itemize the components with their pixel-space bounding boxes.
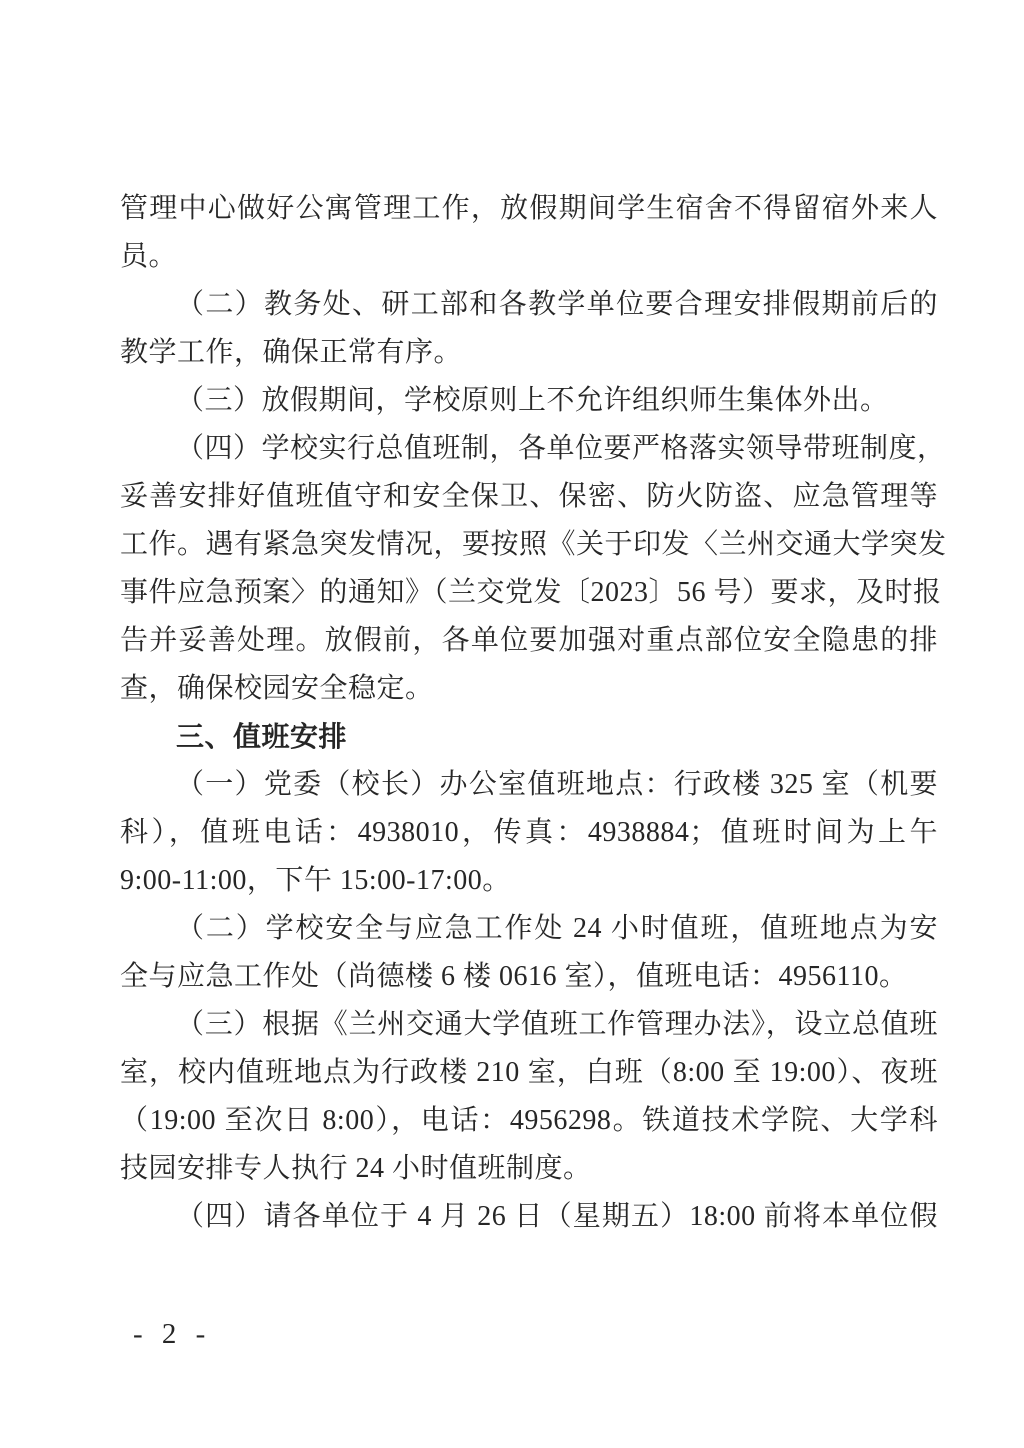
text-line: （四）请各单位于 4 月 26 日（星期五）18:00 前将本单位假 [120,1193,938,1241]
section-heading: 三、值班安排 [120,713,938,761]
text-line: 事件应急预案〉的通知》（兰交党发〔2023〕56 号）要求，及时报 [120,569,938,617]
text-line: （三）放假期间，学校原则上不允许组织师生集体外出。 [120,377,938,425]
page-number: - 2 - [133,1318,211,1351]
text-line: （二）学校安全与应急工作处 24 小时值班，值班地点为安 [120,905,938,953]
text-line: （一）党委（校长）办公室值班地点：行政楼 325 室（机要 [120,761,938,809]
text-line: 管理中心做好公寓管理工作，放假期间学生宿舍不得留宿外来人 [120,185,938,233]
text-line: 9:00-11:00，下午 15:00-17:00。 [120,857,938,905]
text-line: 科），值班电话：4938010，传真：4938884；值班时间为上午 [120,809,938,857]
text-line: 室，校内值班地点为行政楼 210 室，白班（8:00 至 19:00）、夜班 [120,1049,938,1097]
text-line: 告并妥善处理。放假前，各单位要加强对重点部位安全隐患的排 [120,617,938,665]
text-line: 技园安排专人执行 24 小时值班制度。 [120,1145,938,1193]
text-line: （二）教务处、研工部和各教学单位要合理安排假期前后的 [120,281,938,329]
text-line: 教学工作，确保正常有序。 [120,329,938,377]
text-line: 妥善安排好值班值守和安全保卫、保密、防火防盗、应急管理等 [120,473,938,521]
text-line: 员。 [120,233,938,281]
document-body: 管理中心做好公寓管理工作，放假期间学生宿舍不得留宿外来人员。（二）教务处、研工部… [120,185,938,1241]
text-line: 全与应急工作处（尚德楼 6 楼 0616 室），值班电话：4956110。 [120,953,938,1001]
text-line: （四）学校实行总值班制，各单位要严格落实领导带班制度， [120,425,938,473]
text-line: 工作。遇有紧急突发情况，要按照《关于印发〈兰州交通大学突发 [120,521,938,569]
text-line: （三）根据《兰州交通大学值班工作管理办法》，设立总值班 [120,1001,938,1049]
text-line: 查，确保校园安全稳定。 [120,665,938,713]
text-line: （19:00 至次日 8:00），电话：4956298。铁道技术学院、大学科 [120,1097,938,1145]
document-page: 管理中心做好公寓管理工作，放假期间学生宿舍不得留宿外来人员。（二）教务处、研工部… [0,0,1024,1448]
